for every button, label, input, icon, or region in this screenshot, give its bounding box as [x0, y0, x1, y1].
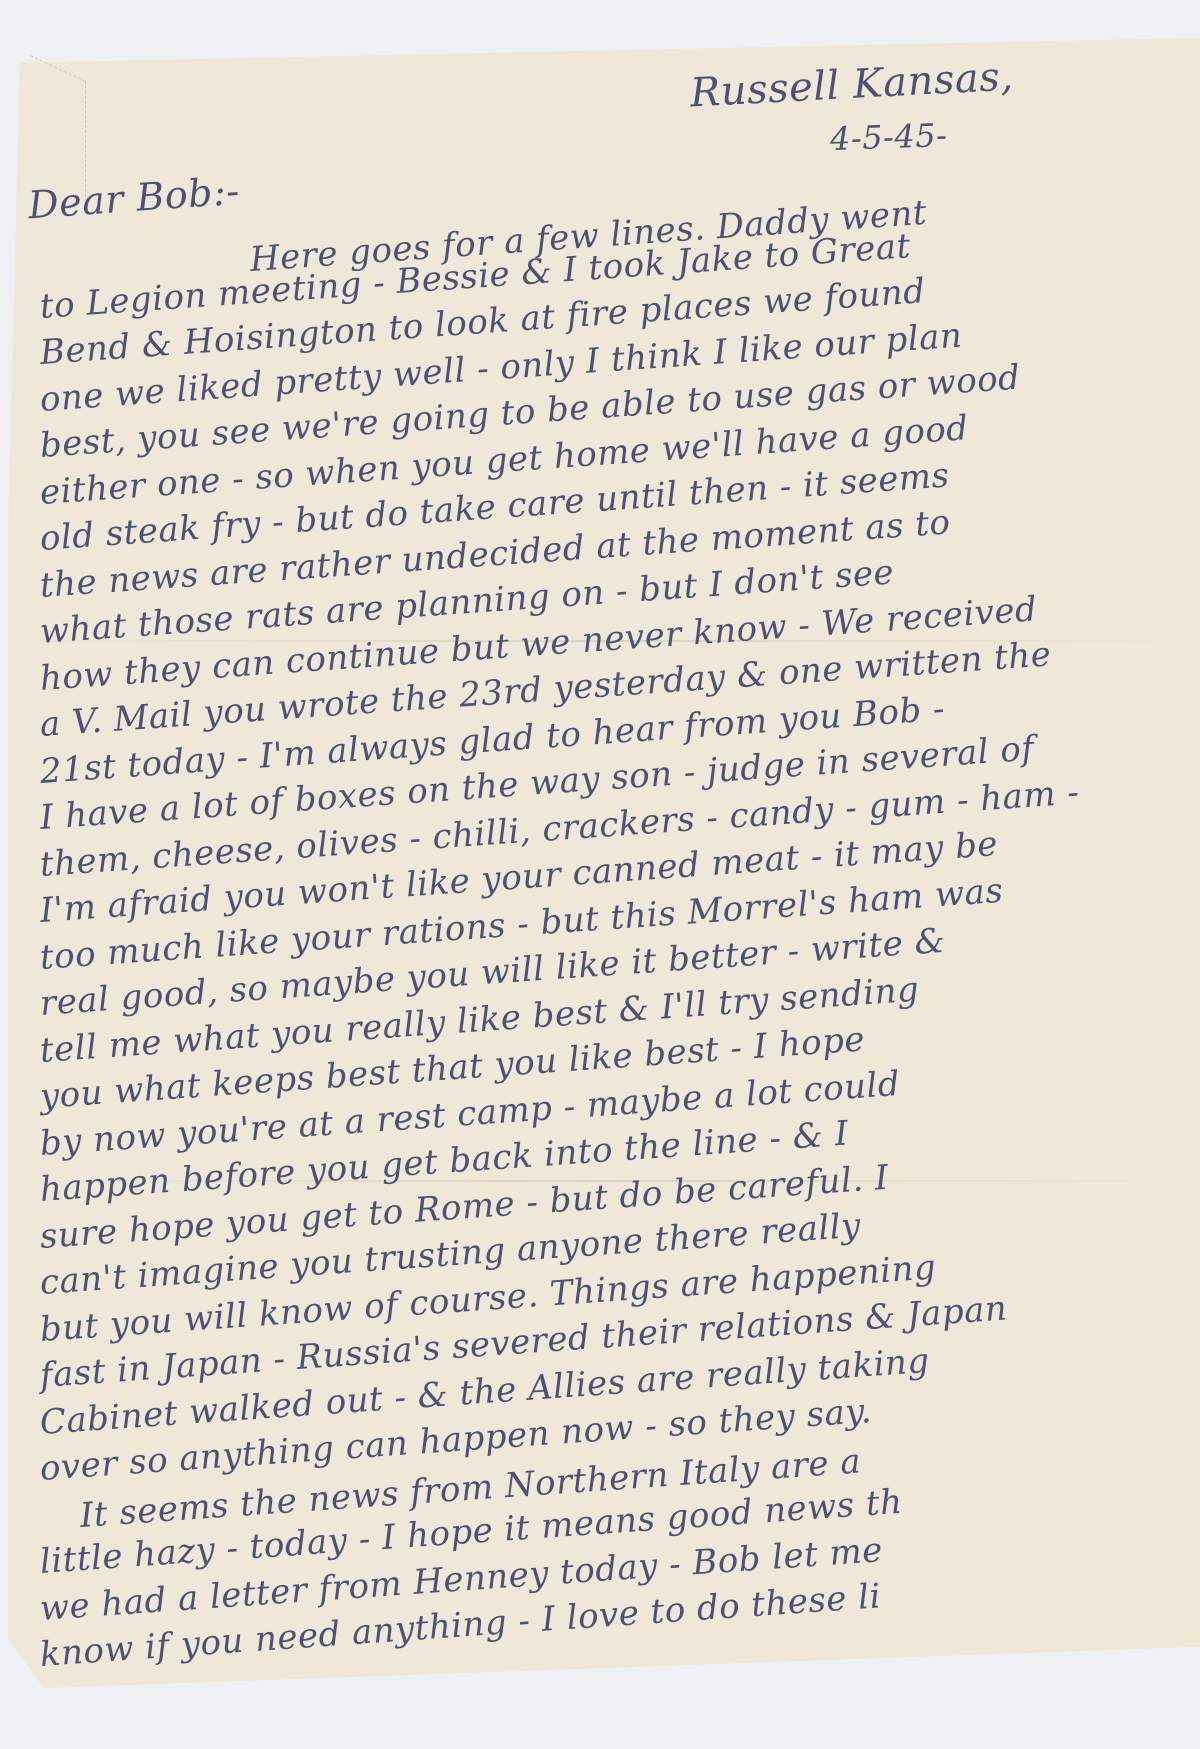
letter-date: 4-5-45- — [829, 116, 948, 158]
